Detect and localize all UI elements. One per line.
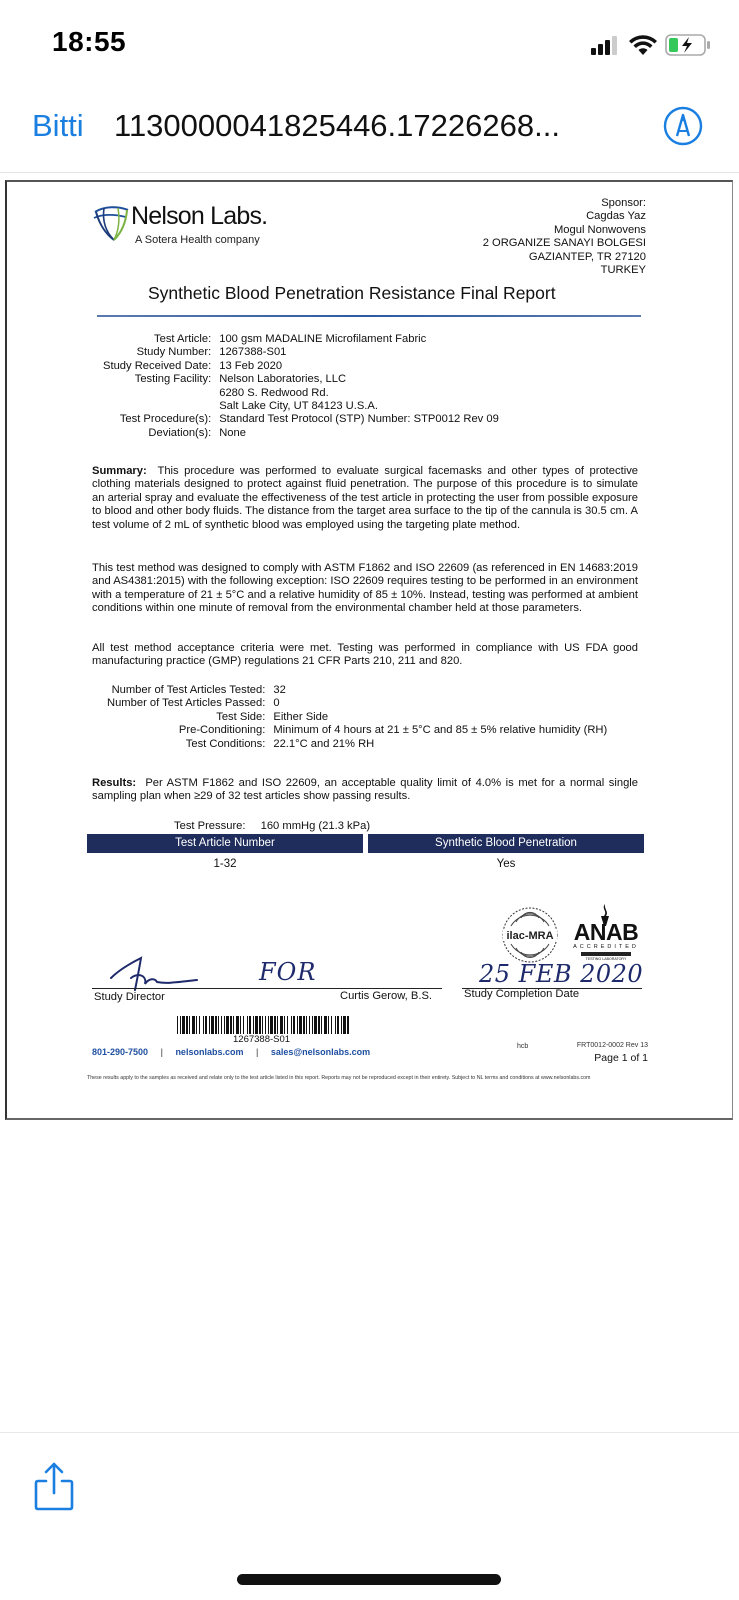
contact-info: 801-290-7500 | nelsonlabs.com | sales@ne… — [92, 1047, 370, 1057]
detail-label: Test Procedure(s): — [103, 413, 211, 426]
signature-line — [92, 988, 442, 989]
website-link[interactable]: nelsonlabs.com — [175, 1047, 243, 1057]
stat-value: 22.1°C and 21% RH — [273, 738, 607, 751]
detail-value: Salt Lake City, UT 84123 U.S.A. — [219, 400, 499, 413]
completion-date-label: Study Completion Date — [464, 988, 579, 1000]
table-header-test-article: Test Article Number — [87, 834, 363, 853]
summary-text: This procedure was performed to evaluate… — [92, 465, 638, 531]
email-link[interactable]: sales@nelsonlabs.com — [271, 1047, 370, 1057]
stat-value: Minimum of 4 hours at 21 ± 5°C and 85 ± … — [273, 724, 607, 737]
test-pressure-value: 160 mmHg (21.3 kPa) — [261, 820, 370, 832]
title-divider — [97, 315, 641, 317]
table-cell-article-number: 1-32 — [87, 858, 363, 870]
director-signature-icon — [109, 952, 199, 992]
sponsor-label: Sponsor: — [483, 197, 646, 210]
navigation-bar: Bitti 1130000041825446.17226268... — [0, 96, 739, 173]
detail-value: None — [219, 427, 499, 440]
results-paragraph: Results: Per ASTM F1862 and ISO 22609, a… — [92, 777, 638, 804]
status-bar: 18:55 — [0, 0, 739, 90]
sponsor-line: Cagdas Yaz — [483, 210, 646, 223]
logo-tagline: A Sotera Health company — [135, 234, 260, 246]
detail-label — [103, 387, 211, 400]
report-title: Synthetic Blood Penetration Resistance F… — [148, 283, 556, 304]
test-stats: Number of Test Articles Tested: 32 Numbe… — [107, 684, 607, 751]
results-heading: Results: — [92, 777, 136, 789]
disclaimer: These results apply to the samples as re… — [87, 1075, 651, 1081]
results-text: Per ASTM F1862 and ISO 22609, an accepta… — [92, 777, 638, 802]
handwritten-date: 25 FEB 2020 — [479, 960, 643, 988]
barcode-icon — [177, 1016, 349, 1034]
study-director-label: Study Director — [94, 991, 165, 1003]
cellular-signal-icon — [591, 35, 621, 55]
barcode-number: 1267388-S01 — [233, 1034, 290, 1045]
detail-label: Test Article: — [103, 333, 211, 346]
stat-label: Pre-Conditioning: — [107, 724, 265, 737]
ilac-mra-seal-icon: ilac-MRA — [501, 904, 559, 966]
acceptance-paragraph: All test method acceptance criteria were… — [92, 642, 638, 669]
status-time: 18:55 — [52, 26, 126, 58]
battery-charging-icon — [665, 34, 711, 56]
document-title: 1130000041825446.17226268... — [114, 108, 560, 144]
wifi-icon — [629, 34, 657, 56]
detail-label: Study Number: — [103, 346, 211, 359]
detail-value: 1267388-S01 — [219, 346, 499, 359]
stat-label: Test Side: — [107, 711, 265, 724]
stat-label: Number of Test Articles Tested: — [107, 684, 265, 697]
sponsor-block: Sponsor: Cagdas Yaz Mogul Nonwovens 2 OR… — [483, 197, 646, 277]
detail-label: Testing Facility: — [103, 373, 211, 386]
phone-link[interactable]: 801-290-7500 — [92, 1047, 148, 1057]
home-indicator[interactable] — [237, 1574, 501, 1585]
separator: | — [161, 1047, 163, 1057]
sponsor-line: Mogul Nonwovens — [483, 224, 646, 237]
stat-label: Number of Test Articles Passed: — [107, 697, 265, 710]
pdf-page[interactable]: Nelson Labs. A Sotera Health company Spo… — [5, 180, 733, 1120]
form-number: FRT0012-0002 Rev 13 — [577, 1042, 648, 1049]
done-button[interactable]: Bitti — [32, 108, 84, 144]
stat-label: Test Conditions: — [107, 738, 265, 751]
detail-label: Deviation(s): — [103, 427, 211, 440]
ilac-text: ilac-MRA — [506, 930, 553, 942]
detail-value: Nelson Laboratories, LLC — [219, 373, 499, 386]
report-document: Nelson Labs. A Sotera Health company Spo… — [7, 182, 732, 1118]
handwritten-for: FOR — [259, 958, 316, 986]
initials: hcb — [517, 1043, 528, 1050]
detail-label — [103, 400, 211, 413]
sponsor-line: GAZIANTEP, TR 27120 — [483, 251, 646, 264]
stat-value: 0 — [273, 697, 607, 710]
separator: | — [256, 1047, 258, 1057]
nelson-labs-globe-icon — [92, 202, 130, 242]
detail-value: 6280 S. Redwood Rd. — [219, 387, 499, 400]
anab-bar — [581, 952, 631, 956]
detail-value: 100 gsm MADALINE Microfilament Fabric — [219, 333, 499, 346]
stat-value: 32 — [273, 684, 607, 697]
study-details: Test Article: 100 gsm MADALINE Microfila… — [103, 333, 499, 440]
test-pressure: Test Pressure: 160 mmHg (21.3 kPa) — [174, 820, 370, 832]
anab-accredited-text: ACCREDITED — [569, 944, 643, 950]
detail-value: Standard Test Protocol (STP) Number: STP… — [219, 413, 499, 426]
detail-value: 13 Feb 2020 — [219, 360, 499, 373]
stat-value: Either Side — [273, 711, 607, 724]
signer-name: Curtis Gerow, B.S. — [340, 990, 432, 1002]
summary-heading: Summary: — [92, 465, 147, 477]
logo-name: Nelson Labs. — [131, 202, 267, 231]
sponsor-line: 2 ORGANIZE SANAYI BOLGESI — [483, 237, 646, 250]
anab-seal: ANAB ACCREDITED TESTING LABORATORY — [569, 904, 643, 966]
sponsor-line: TURKEY — [483, 264, 646, 277]
share-icon[interactable] — [32, 1461, 76, 1513]
method-paragraph: This test method was designed to comply … — [92, 562, 638, 616]
page-number: Page 1 of 1 — [594, 1052, 648, 1064]
status-icons — [591, 34, 711, 56]
summary-paragraph: Summary: This procedure was performed to… — [92, 465, 638, 532]
table-header-penetration: Synthetic Blood Penetration — [368, 834, 644, 853]
anab-text: ANAB — [569, 919, 643, 946]
detail-label: Study Received Date: — [103, 360, 211, 373]
markup-pen-icon[interactable] — [663, 106, 703, 146]
test-pressure-label: Test Pressure: — [174, 820, 246, 832]
table-cell-penetration: Yes — [368, 858, 644, 870]
